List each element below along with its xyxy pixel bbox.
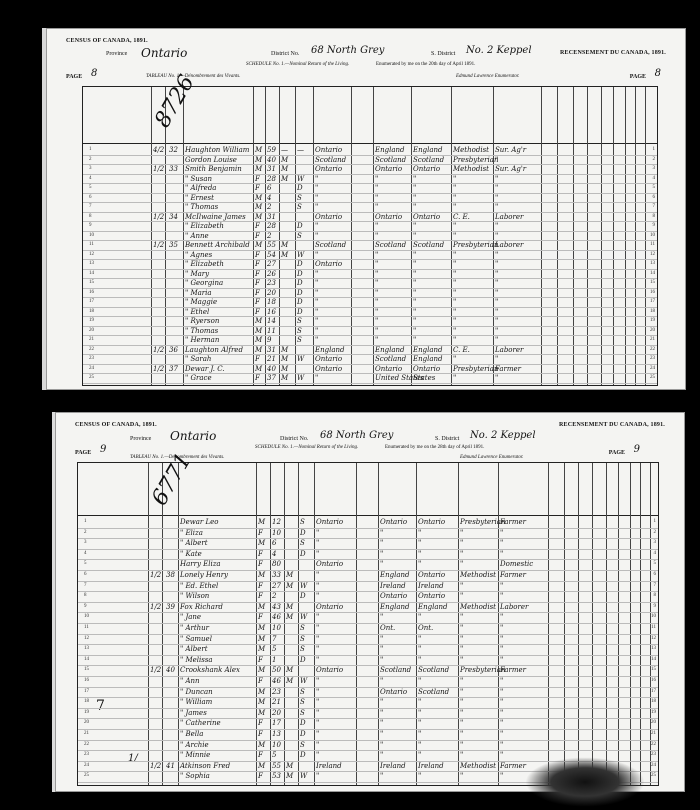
table-cell-mother-bp: " (413, 289, 416, 297)
row-divider (78, 549, 658, 550)
table-cell-birthplace: " (316, 730, 319, 738)
table-cell-relation: D (297, 184, 303, 192)
row-number: 11 (650, 242, 655, 247)
row-number: 4 (84, 551, 87, 556)
table-cell-birthplace: " (315, 203, 318, 211)
table-cell-mother-bp: " (418, 560, 421, 568)
table-cell-birthplace: Ireland (316, 762, 342, 770)
table-cell-sex: M (258, 518, 265, 526)
enumerator-name: Edmund Lawrence Enumerator. (456, 74, 520, 79)
table-cell-religion: " (453, 289, 456, 297)
table-cell-age: 27 (267, 260, 276, 268)
table-cell-mother-bp: Ontario (413, 365, 440, 373)
table-cell-birthplace: " (315, 279, 318, 287)
table-cell-religion: " (453, 336, 456, 344)
row-divider (83, 269, 657, 270)
row-number: 21 (89, 337, 94, 342)
table-cell-father-bp: " (380, 635, 383, 643)
table-cell-birthplace: " (316, 635, 319, 643)
table-cell-name: " Ethel (185, 308, 209, 316)
table-cell-relation: S (300, 645, 305, 653)
table-cell-father-bp: " (380, 560, 383, 568)
table-cell-mother-bp: " (413, 260, 416, 268)
table-cell-married: M (281, 165, 288, 173)
row-number: 9 (653, 223, 656, 228)
row-number: 6 (89, 195, 92, 200)
table-cell-father-bp: Scotland (375, 156, 406, 164)
row-number: 3 (89, 166, 92, 171)
table-cell-name: McIlwaine James (185, 213, 246, 221)
table-cell-father-bp: " (375, 270, 378, 278)
table-cell-religion: " (453, 194, 456, 202)
table-cell-mother-bp: Ontario (418, 592, 445, 600)
table-cell-father-bp: England (380, 571, 410, 579)
row-divider (83, 193, 657, 194)
row-number: 7 (84, 583, 87, 588)
row-divider (83, 221, 657, 222)
table-cell-family: 38 (166, 571, 175, 579)
table-cell-birthplace: " (316, 539, 319, 547)
subdistrict-label: S. District (435, 436, 459, 442)
table-cell-married: — (281, 146, 288, 154)
row-divider (78, 538, 658, 539)
table-cell-religion: " (453, 279, 456, 287)
table-cell-name: Gordon Louise (185, 156, 237, 164)
table-cell-relation: S (300, 741, 305, 749)
table-cell-name: " Georgina (185, 279, 223, 287)
table-cell-birthplace: " (315, 327, 318, 335)
row-number: 9 (654, 604, 657, 609)
row-number: 15 (651, 667, 656, 672)
row-divider (83, 155, 657, 156)
table-cell-sex: M (258, 688, 265, 696)
table-cell-age: 55 (267, 241, 276, 249)
table-cell-relation: S (300, 539, 305, 547)
row-number: 23 (84, 752, 89, 757)
row-number: 2 (84, 530, 87, 535)
page-number-right: 9 (634, 444, 640, 455)
table-cell-sex: F (255, 175, 260, 183)
table-cell-dwelling: 1/2 (153, 346, 164, 354)
table-cell-married: M (281, 374, 288, 382)
table-cell-age: 12 (272, 518, 281, 526)
table-cell-mother-bp: " (413, 251, 416, 259)
row-number: 23 (89, 356, 94, 361)
row-divider (78, 665, 658, 666)
table-cell-sex: M (255, 146, 262, 154)
table-cell-occupation: " (495, 175, 498, 183)
table-cell-father-bp: " (380, 741, 383, 749)
table-cell-father-bp: " (375, 260, 378, 268)
table-cell-birthplace: " (315, 336, 318, 344)
table-cell-name: Fox Richard (180, 603, 223, 611)
table-cell-religion: Presbyterian (453, 365, 498, 373)
table-cell-name: Bennett Archibald (185, 241, 250, 249)
table-cell-name: " Maria (185, 289, 212, 297)
row-divider (83, 174, 657, 175)
table-cell-age: 21 (267, 355, 276, 363)
table-cell-birthplace: " (315, 298, 318, 306)
table-cell-age: 37 (267, 374, 276, 382)
table-cell-mother-bp: England (413, 346, 443, 354)
table-cell-age: 55 (272, 762, 281, 770)
row-number: 6 (654, 572, 657, 577)
table-cell-occupation: " (495, 270, 498, 278)
table-cell-occupation: " (500, 677, 503, 685)
table-cell-father-bp: " (375, 298, 378, 306)
page-number: 9 (100, 444, 106, 455)
row-number: 19 (651, 710, 656, 715)
table-cell-name: Haughton William (185, 146, 249, 154)
table-cell-family: 39 (166, 603, 175, 611)
table-cell-religion: " (453, 298, 456, 306)
table-cell-age: 46 (272, 613, 281, 621)
table-cell-father-bp: Ontario (375, 213, 402, 221)
row-number: 14 (89, 271, 94, 276)
table-cell-birthplace: " (315, 251, 318, 259)
row-divider (83, 288, 657, 289)
table-cell-family: 37 (169, 365, 178, 373)
table-cell-age: 20 (267, 289, 276, 297)
table-cell-name: " Catherine (180, 719, 221, 727)
table-cell-sex: M (258, 666, 265, 674)
row-number: 1 (653, 147, 656, 152)
table-cell-occupation: " (495, 251, 498, 259)
table-cell-name: " James (180, 709, 207, 717)
table-cell-age: 10 (272, 624, 281, 632)
table-cell-age: 2 (267, 232, 271, 240)
page-number-right: 8 (655, 68, 661, 79)
table-cell-married: M (281, 346, 288, 354)
table-cell-sex: F (258, 656, 263, 664)
table-cell-relation: D (300, 656, 306, 664)
table-cell-father-bp: " (380, 751, 383, 759)
table-cell-occupation: " (500, 529, 503, 537)
table-cell-age: 2 (272, 592, 276, 600)
census-title: CENSUS OF CANADA, 1891. (66, 38, 148, 44)
row-number: 8 (654, 593, 657, 598)
row-number: 7 (654, 583, 657, 588)
table-cell-sex: M (255, 327, 262, 335)
table-cell-birthplace: " (315, 289, 318, 297)
table-cell-mother-bp: " (413, 203, 416, 211)
table-cell-name: " Thomas (185, 327, 218, 335)
row-number: 18 (650, 309, 655, 314)
table-cell-name: Dewar Leo (180, 518, 219, 526)
row-divider (78, 634, 658, 635)
table-cell-name: " Duncan (180, 688, 213, 696)
row-number: 16 (650, 290, 655, 295)
table-cell-age: 59 (267, 146, 276, 154)
table-cell-sex: M (255, 156, 262, 164)
table-cell-religion: " (453, 175, 456, 183)
table-cell-religion: Methodist (453, 146, 489, 154)
table-cell-relation: S (297, 336, 302, 344)
table-cell-birthplace: " (316, 698, 319, 706)
table-cell-occupation: " (495, 308, 498, 316)
census-title-fr: RECENSEMENT DU CANADA, 1891. (560, 50, 666, 56)
table-cell-sex: F (255, 260, 260, 268)
table-cell-father-bp: " (375, 279, 378, 287)
row-number: 12 (89, 252, 94, 257)
table-cell-father-bp: " (380, 539, 383, 547)
schedule-title-fr: TABLEAU No. 1.—Dénombrement des Vivants. (146, 74, 240, 79)
row-divider (78, 676, 658, 677)
table-cell-father-bp: Ontario (380, 688, 407, 696)
row-number: 13 (650, 261, 655, 266)
table-cell-relation: D (297, 270, 303, 278)
table-cell-age: 21 (272, 698, 281, 706)
table-cell-occupation: " (500, 656, 503, 664)
page-number: 8 (91, 68, 97, 79)
row-divider (83, 259, 657, 260)
table-cell-age: 1 (272, 656, 276, 664)
table-cell-sex: F (255, 355, 260, 363)
row-number: 8 (84, 593, 87, 598)
row-number: 18 (651, 699, 656, 704)
table-cell-relation: D (300, 719, 306, 727)
table-cell-name: " Susan (185, 175, 212, 183)
table-cell-sex: F (255, 289, 260, 297)
row-number: 24 (84, 763, 89, 768)
table-cell-religion: " (460, 688, 463, 696)
row-number: 12 (84, 636, 89, 641)
table-cell-mother-bp: Scotland (413, 241, 444, 249)
table-cell-occupation: Laborer (500, 603, 528, 611)
table-cell-relation: D (300, 730, 306, 738)
row-divider (83, 231, 657, 232)
page-label: PAGE (75, 450, 91, 456)
row-number: 7 (653, 204, 656, 209)
table-cell-birthplace: " (315, 184, 318, 192)
table-cell-occupation: " (500, 698, 503, 706)
table-cell-married: M (286, 603, 293, 611)
table-cell-occupation: " (495, 184, 498, 192)
row-number: 19 (84, 710, 89, 715)
table-cell-mother-bp: " (418, 656, 421, 664)
row-divider (78, 612, 658, 613)
table-cell-age: 11 (267, 327, 276, 335)
table-cell-father-bp: Ontario (380, 518, 407, 526)
district-label: District No. (271, 51, 299, 57)
row-number: 25 (651, 773, 656, 778)
row-divider (78, 729, 658, 730)
table-cell-mother-bp: " (418, 645, 421, 653)
table-cell-father-bp: " (375, 222, 378, 230)
table-cell-birthplace: Scotland (315, 156, 346, 164)
table-cell-sex: M (258, 645, 265, 653)
row-number: 22 (89, 347, 94, 352)
table-cell-religion: " (453, 308, 456, 316)
row-divider (83, 373, 657, 374)
table-cell-name: Atkinson Fred (180, 762, 230, 770)
table-cell-occupation: Farmer (500, 518, 526, 526)
table-cell-occupation: " (500, 550, 503, 558)
table-cell-birthplace: " (315, 232, 318, 240)
table-cell-occupation: " (495, 279, 498, 287)
table-cell-name: " Ann (180, 677, 200, 685)
table-cell-dwelling: 1/2 (153, 213, 164, 221)
row-number: 8 (653, 214, 656, 219)
table-cell-religion: " (460, 709, 463, 717)
table-cell-father-bp: Scotland (380, 666, 411, 674)
row-divider (83, 250, 657, 251)
row-number: 24 (650, 366, 655, 371)
row-number: 3 (653, 166, 656, 171)
table-cell-sex: M (258, 571, 265, 579)
row-divider (78, 602, 658, 603)
table-cell-religion: Methodist (460, 571, 496, 579)
table-cell-father-bp: " (380, 709, 383, 717)
table-cell-name: " Agnes (185, 251, 212, 259)
row-divider (78, 559, 658, 560)
table-cell-sex: M (258, 635, 265, 643)
table-cell-age: 5 (272, 645, 276, 653)
table-cell-mother-bp: Ontario (418, 571, 445, 579)
row-divider (78, 528, 658, 529)
table-cell-occupation: " (495, 203, 498, 211)
row-number: 2 (653, 157, 656, 162)
table-cell-occupation: " (500, 582, 503, 590)
table-cell-father-bp: Ont. (380, 624, 395, 632)
table-cell-occupation: " (500, 741, 503, 749)
table-cell-occupation: " (495, 222, 498, 230)
table-cell-religion: " (453, 270, 456, 278)
row-number: 20 (651, 720, 656, 725)
row-number: 14 (650, 271, 655, 276)
row-number: 5 (84, 561, 87, 566)
table-cell-married: M (286, 762, 293, 770)
table-cell-father-bp: " (375, 194, 378, 202)
table-cell-mother-bp: England (413, 146, 443, 154)
table-cell-relation: D (297, 279, 303, 287)
table-cell-age: 53 (272, 772, 281, 780)
table-cell-name: " Anne (185, 232, 209, 240)
table-cell-family: 40 (166, 666, 175, 674)
table-cell-sex: F (258, 560, 263, 568)
table-cell-name: " Eliza (180, 529, 203, 537)
row-divider (78, 570, 658, 571)
table-cell-father-bp: " (375, 308, 378, 316)
row-divider (78, 740, 658, 741)
table-cell-age: 5 (272, 751, 276, 759)
table-cell-name: Lonely Henry (180, 571, 228, 579)
table-cell-name: Harry Eliza (180, 560, 221, 568)
table-cell-married: M (281, 175, 288, 183)
table-cell-sex: F (255, 298, 260, 306)
table-cell-occupation: " (495, 260, 498, 268)
subdistrict-value: No. 2 Keppel (466, 45, 532, 56)
row-divider (83, 335, 657, 336)
row-number: 21 (651, 731, 656, 736)
table-cell-sex: F (258, 550, 263, 558)
table-cell-sex: F (255, 308, 260, 316)
row-divider (83, 354, 657, 355)
row-number: 24 (651, 763, 656, 768)
table-cell-religion: " (460, 730, 463, 738)
table-cell-father-bp: " (375, 336, 378, 344)
table-cell-relation: S (300, 518, 305, 526)
table-cell-religion: Presbyterian (460, 666, 505, 674)
row-divider (78, 718, 658, 719)
row-number: 11 (89, 242, 94, 247)
table-cell-age: 10 (272, 741, 281, 749)
table-cell-family: 33 (169, 165, 178, 173)
table-cell-religion: " (460, 529, 463, 537)
table-cell-mother-bp: " (413, 279, 416, 287)
table-cell-age: 16 (267, 308, 276, 316)
table-cell-sex: F (258, 719, 263, 727)
province-value: Ontario (141, 46, 187, 60)
table-cell-relation: D (300, 550, 306, 558)
table-cell-age: 20 (272, 709, 281, 717)
table-cell-mother-bp: " (413, 232, 416, 240)
table-cell-married: M (286, 582, 293, 590)
table-cell-birthplace: " (315, 175, 318, 183)
table-cell-occupation: " (495, 374, 498, 382)
table-cell-relation: D (297, 222, 303, 230)
table-cell-age: 54 (267, 251, 276, 259)
table-cell-relation: W (300, 677, 307, 685)
table-cell-relation: D (297, 260, 303, 268)
table-cell-sex: M (258, 539, 265, 547)
table-cell-mother-bp: " (418, 529, 421, 537)
table-cell-mother-bp: " (418, 772, 421, 780)
table-cell-mother-bp: " (418, 677, 421, 685)
table-cell-birthplace: Ontario (316, 518, 343, 526)
table-cell-birthplace: " (316, 688, 319, 696)
row-number: 10 (84, 614, 89, 619)
row-number: 6 (653, 195, 656, 200)
table-cell-age: 46 (272, 677, 281, 685)
table-cell-relation: S (297, 194, 302, 202)
table-cell-birthplace: Ontario (315, 365, 342, 373)
row-number: 1 (654, 519, 657, 524)
table-cell-name: " Arthur (180, 624, 209, 632)
table-cell-father-bp: " (375, 203, 378, 211)
table-cell-age: 23 (272, 688, 281, 696)
table-cell-age: 33 (272, 571, 281, 579)
table-cell-name: Crookshank Alex (180, 666, 240, 674)
table-cell-relation: S (297, 327, 302, 335)
table-cell-occupation: " (500, 635, 503, 643)
table-cell-father-bp: Scotland (375, 355, 406, 363)
row-number: 1 (84, 519, 87, 524)
table-cell-age: 4 (272, 550, 276, 558)
row-number: 23 (650, 356, 655, 361)
table-cell-birthplace: " (315, 270, 318, 278)
table-cell-religion: " (453, 184, 456, 192)
table-cell-occupation: Laborer (495, 241, 523, 249)
census-table-page-9: 6771 7 1/ Dewar LeoM12SOntarioOntarioOnt… (77, 462, 659, 786)
schedule-title: SCHEDULE No. 1.—Nominal Return of the Li… (246, 62, 349, 67)
table-cell-relation: — (297, 146, 304, 154)
table-cell-name: " Grace (185, 374, 212, 382)
table-cell-dwelling: 1/2 (153, 241, 164, 249)
census-title: CENSUS OF CANADA, 1891. (75, 422, 157, 428)
table-cell-married: M (286, 571, 293, 579)
table-cell-sex: M (258, 698, 265, 706)
row-divider (78, 655, 658, 656)
table-cell-occupation: " (500, 751, 503, 759)
table-cell-occupation: " (495, 317, 498, 325)
row-divider (83, 297, 657, 298)
table-cell-mother-bp: " (413, 298, 416, 306)
table-cell-mother-bp: " (418, 741, 421, 749)
table-cell-religion: " (460, 582, 463, 590)
table-cell-mother-bp: " (418, 719, 421, 727)
row-number: 10 (89, 233, 94, 238)
